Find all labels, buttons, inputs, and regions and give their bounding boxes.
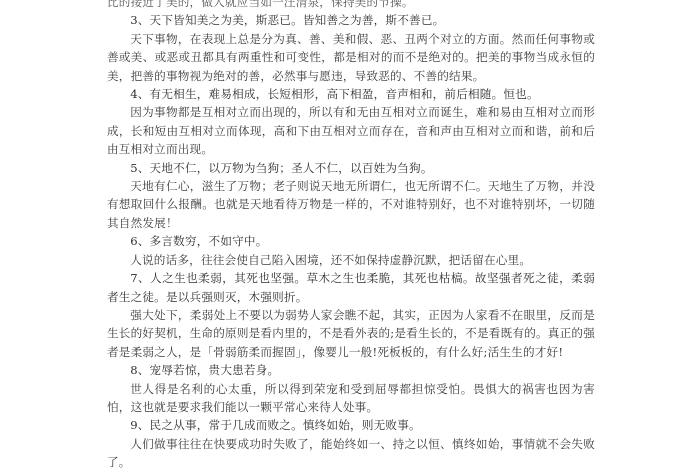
- section-heading-3: 3、天下皆知美之为美，斯恶已。皆知善之为善，斯不善已。: [107, 11, 595, 29]
- section-body-9: 人们做事往往在快要成功时失败了，能始终如一、持之以恒、慎终如始，事情就不会失败了…: [107, 435, 595, 470]
- document-body: 比的接近了美的，做人就应当如一汪清泉，保持美的节操。 3、天下皆知美之为美，斯恶…: [107, 0, 595, 470]
- section-body-8: 世人得是名利的心太重，所以得到荣宠和受到屈辱都担惊受怕。畏惧大的祸害也因为害怕，…: [107, 380, 595, 417]
- section-heading-8: 8、宠辱若惊，贵大患若身。: [107, 361, 595, 379]
- section-body-7: 强大处下，柔弱处上不要以为弱势人家会瞧不起，其实，正因为人家看不在眼里，反而是生…: [107, 306, 595, 361]
- section-body-6: 人说的话多，往往会使自己陷入困境，还不如保持虚静沉默，把话留在心里。: [107, 251, 595, 269]
- section-heading-6: 6、多言数穷，不如守中。: [107, 232, 595, 250]
- partial-text-line: 比的接近了美的，做人就应当如一汪清泉，保持美的节操。: [107, 0, 595, 11]
- section-heading-9: 9、民之从事，常于几成而败之。慎终如始，则无败事。: [107, 416, 595, 434]
- section-heading-5: 5、天地不仁，以万物为刍狗；圣人不仁，以百姓为刍狗。: [107, 159, 595, 177]
- section-heading-7: 7、人之生也柔弱，其死也坚强。草木之生也柔脆，其死也枯槁。故坚强者死之徒，柔弱者…: [107, 269, 595, 306]
- document-page: 比的接近了美的，做人就应当如一汪清泉，保持美的节操。 3、天下皆知美之为美，斯恶…: [0, 0, 700, 470]
- section-body-5: 天地有仁心，滋生了万物；老子则说天地无所谓仁，也无所谓不仁。天地生了万物，并没有…: [107, 177, 595, 232]
- section-body-4: 因为事物都是互相对立而出现的，所以有和无由互相对立而诞生，难和易由互相对立而形成…: [107, 103, 595, 158]
- section-heading-4: 4、有无相生，难易相成，长短相形，高下相盈，音声相和，前后相随。恒也。: [107, 85, 595, 103]
- section-body-3: 天下事物，在表现上总是分为真、善、美和假、恶、丑两个对立的方面。然而任何事物或善…: [107, 30, 595, 85]
